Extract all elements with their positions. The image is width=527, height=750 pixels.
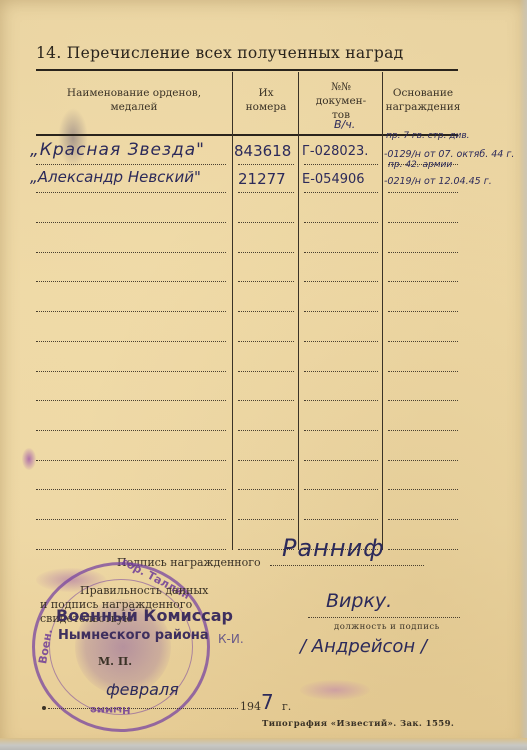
row-line xyxy=(388,400,458,401)
row-line xyxy=(304,164,378,165)
row-line xyxy=(304,252,378,253)
row-line xyxy=(36,371,226,372)
row-line xyxy=(304,371,378,372)
awardee-signature-line xyxy=(270,565,424,566)
row-line xyxy=(388,341,458,342)
column-header-documents: №№ докумен- тов xyxy=(299,80,383,122)
row-line xyxy=(238,460,294,461)
row-line xyxy=(36,192,226,193)
row-line xyxy=(388,192,458,193)
awardee-signature: Ранниф xyxy=(282,534,385,562)
position-signature-label: должность и подпись xyxy=(334,622,440,632)
row-line xyxy=(238,192,294,193)
row-line xyxy=(36,400,226,401)
award-number-row-1: 843618 xyxy=(234,142,291,160)
ink-smudge xyxy=(300,680,370,700)
printer-imprint: Типография «Известий». Зак. 1559. xyxy=(262,719,454,729)
stamp-initials: К-И. xyxy=(218,632,244,646)
column-divider xyxy=(298,72,299,550)
verification-label-line-1: Правильность данных xyxy=(80,584,208,597)
row-line xyxy=(238,341,294,342)
section-title: 14. Перечисление всех полученных наград xyxy=(36,44,403,62)
column-divider xyxy=(232,72,233,550)
row-line xyxy=(238,519,294,520)
award-name-row-1: „Красная Звезда" xyxy=(30,140,205,160)
row-line xyxy=(304,460,378,461)
column-header-numbers: Их номера xyxy=(233,86,299,114)
row-line xyxy=(36,164,226,165)
date-year-digit: 7 xyxy=(261,690,274,714)
date-year-suffix: г. xyxy=(282,700,291,713)
row-line xyxy=(388,430,458,431)
award-number-row-2: 21277 xyxy=(238,170,286,188)
document-page: 14. Перечисление всех полученных наград … xyxy=(0,0,527,750)
row-line xyxy=(238,222,294,223)
row-line xyxy=(304,489,378,490)
title-rule xyxy=(36,69,458,71)
mp-label: М. П. xyxy=(98,655,132,668)
basis-row-2-line-1: пр. 42. армии xyxy=(388,160,452,170)
basis-row-2-line-2: -0219/н от 12.04.45 г. xyxy=(384,176,492,187)
row-line xyxy=(304,281,378,282)
date-line xyxy=(48,708,238,709)
row-line xyxy=(238,400,294,401)
ink-smudge xyxy=(22,448,36,470)
row-line xyxy=(36,281,226,282)
row-line xyxy=(304,311,378,312)
row-line xyxy=(238,311,294,312)
row-line xyxy=(304,192,378,193)
column-divider xyxy=(382,72,383,550)
document-number-row-2: Е-054906 xyxy=(302,172,365,187)
document-number-row-1: Г-028023. xyxy=(302,144,368,159)
row-line xyxy=(36,489,226,490)
row-line xyxy=(388,222,458,223)
row-line xyxy=(388,371,458,372)
row-line xyxy=(36,341,226,342)
row-line xyxy=(36,519,226,520)
column-header-basis: Основание награждения xyxy=(383,86,463,114)
row-line xyxy=(388,281,458,282)
official-signature: Вирку. xyxy=(326,590,392,612)
row-line xyxy=(238,164,294,165)
official-name: / Андрейсон / xyxy=(300,636,427,657)
award-name-row-2: „Александр Невский" xyxy=(30,168,201,186)
basis-row-1-line-2: -0129/н от 07. октяб. 44 г. xyxy=(384,149,514,160)
row-line xyxy=(238,371,294,372)
date-month: февраля xyxy=(106,680,179,699)
official-signature-line xyxy=(308,617,460,618)
row-line xyxy=(304,400,378,401)
row-line xyxy=(388,252,458,253)
row-line xyxy=(36,549,226,550)
row-line xyxy=(388,549,458,550)
stamp-commissar-district: Нымнеского района xyxy=(58,628,209,643)
column-header-award-name: Наименование орденов, медалей xyxy=(36,86,232,114)
row-line xyxy=(36,222,226,223)
stamp-ring-bottom-text: Нымме xyxy=(90,704,131,715)
row-line xyxy=(36,252,226,253)
date-bullet xyxy=(42,706,46,710)
row-line xyxy=(388,489,458,490)
row-line xyxy=(388,519,458,520)
row-line xyxy=(238,489,294,490)
row-line xyxy=(304,341,378,342)
row-line xyxy=(238,281,294,282)
date-year-prefix: 194 xyxy=(240,700,261,713)
military-unit-note: В/ч. xyxy=(334,118,355,131)
row-line xyxy=(304,430,378,431)
row-line xyxy=(238,252,294,253)
paper-edge xyxy=(519,0,527,750)
paper-bottom-edge xyxy=(0,738,527,750)
stamp-commissar-title: Военный Комиссар xyxy=(56,606,233,625)
row-line xyxy=(388,311,458,312)
row-line xyxy=(304,519,378,520)
row-line xyxy=(304,222,378,223)
basis-row-1-line-1: пр. 7 гв. стр. див. xyxy=(386,131,470,141)
row-line xyxy=(36,311,226,312)
row-line xyxy=(238,430,294,431)
row-line xyxy=(36,430,226,431)
row-line xyxy=(388,460,458,461)
row-line xyxy=(36,460,226,461)
